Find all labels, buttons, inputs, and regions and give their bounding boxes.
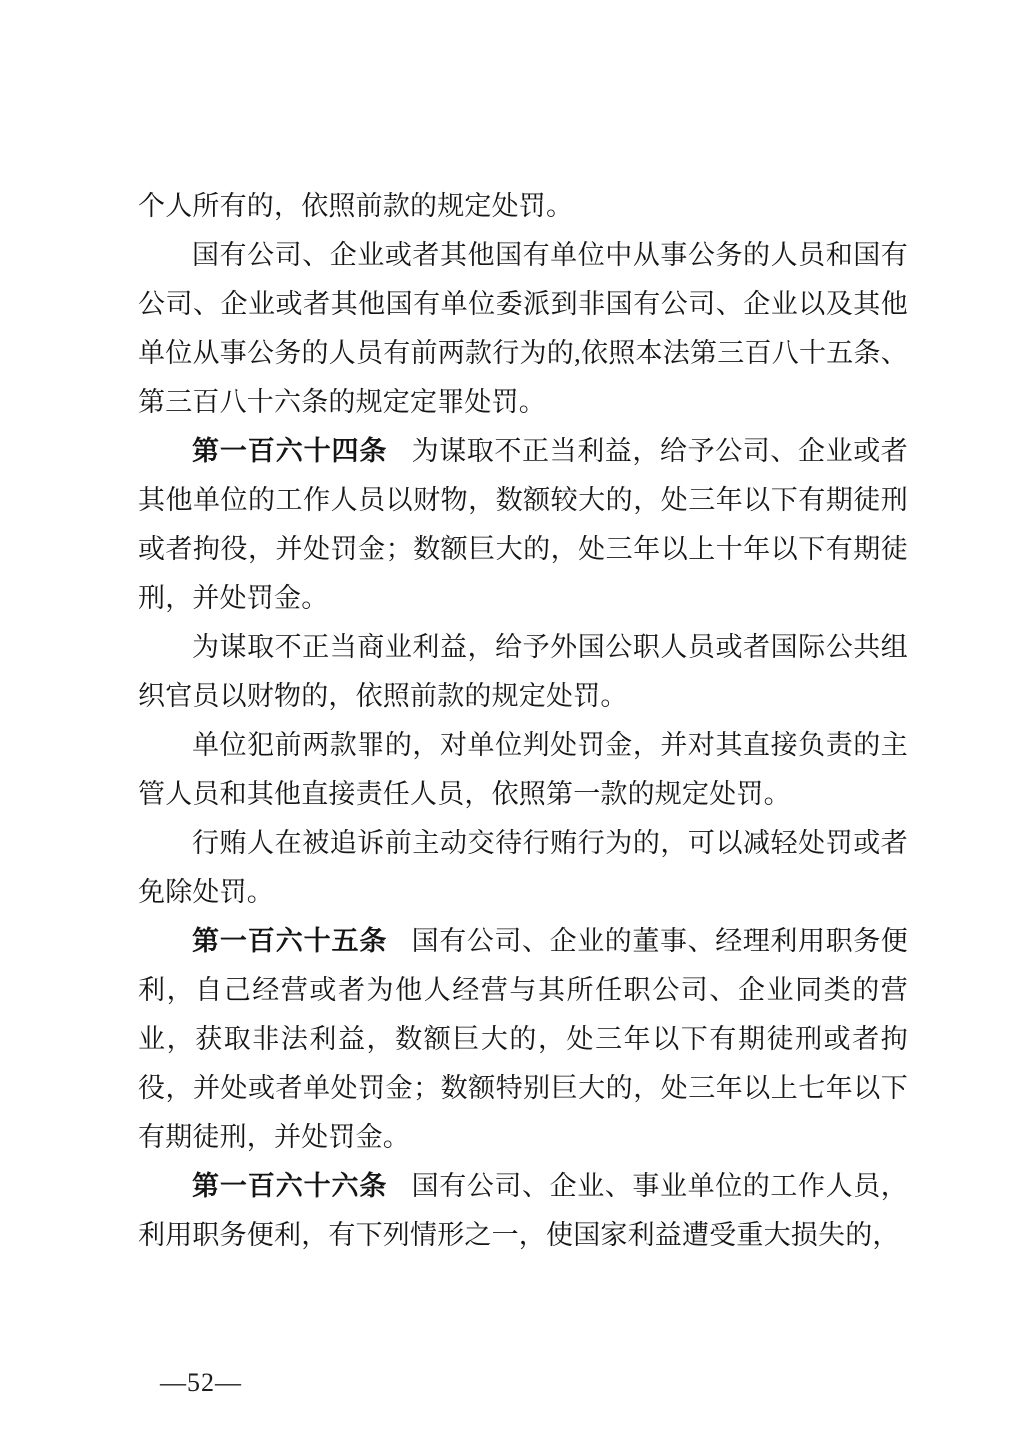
paragraph-article-166: 第一百六十六条国有公司、企业、事业单位的工作人员，利用职务便利，有下列情形之一，…: [138, 1162, 908, 1260]
paragraph-article-164-clause-3: 单位犯前两款罪的，对单位判处罚金，并对其直接负责的主管人员和其他直接责任人员，依…: [138, 721, 908, 819]
paragraph-article-164-clause-4: 行贿人在被追诉前主动交待行贿行为的，可以减轻处罚或者免除处罚。: [138, 819, 908, 917]
paragraph-article-164-clause-1: 第一百六十四条为谋取不正当利益，给予公司、企业或者其他单位的工作人员以财物，数额…: [138, 427, 908, 623]
paragraph-text: 单位犯前两款罪的，对单位判处罚金，并对其直接负责的主管人员和其他直接责任人员，依…: [138, 730, 908, 809]
paragraph-text: 国有公司、企业或者其他国有单位中从事公务的人员和国有公司、企业或者其他国有单位委…: [138, 240, 908, 417]
article-164-number-heading: 第一百六十四条: [192, 436, 387, 466]
paragraph-text: 为谋取不正当商业利益，给予外国公职人员或者国际公共组织官员以财物的，依照前款的规…: [138, 632, 908, 711]
paragraph-state-personnel: 国有公司、企业或者其他国有单位中从事公务的人员和国有公司、企业或者其他国有单位委…: [138, 231, 908, 427]
paragraph-text: 个人所有的，依照前款的规定处罚。: [138, 191, 573, 221]
paragraph-text: 国有公司、企业的董事、经理利用职务便利，自己经营或者为他人经营与其所任职公司、企…: [138, 926, 908, 1152]
article-165-number-heading: 第一百六十五条: [192, 926, 387, 956]
paragraph-article-165: 第一百六十五条国有公司、企业的董事、经理利用职务便利，自己经营或者为他人经营与其…: [138, 917, 908, 1162]
paragraph-continuation: 个人所有的，依照前款的规定处罚。: [138, 182, 908, 231]
paragraph-article-164-clause-2: 为谋取不正当商业利益，给予外国公职人员或者国际公共组织官员以财物的，依照前款的规…: [138, 623, 908, 721]
document-body: 个人所有的，依照前款的规定处罚。 国有公司、企业或者其他国有单位中从事公务的人员…: [138, 182, 908, 1260]
document-page: 个人所有的，依照前款的规定处罚。 国有公司、企业或者其他国有单位中从事公务的人员…: [0, 0, 1024, 1448]
page-number: —52—: [160, 1368, 242, 1398]
article-166-number-heading: 第一百六十六条: [192, 1171, 387, 1201]
paragraph-text: 行贿人在被追诉前主动交待行贿行为的，可以减轻处罚或者免除处罚。: [138, 828, 908, 907]
